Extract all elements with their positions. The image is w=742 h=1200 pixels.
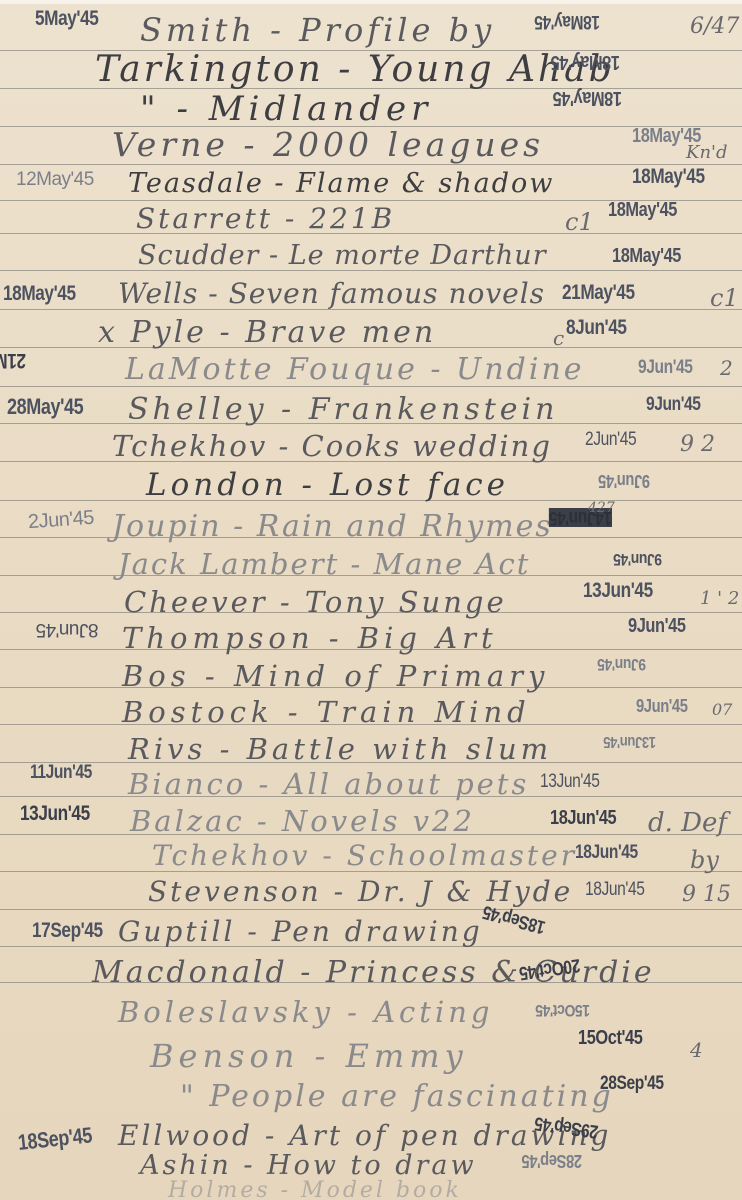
- log-entry: Balzac - Novels v22: [130, 807, 475, 836]
- date-stamp-right: 9Jun'45: [646, 395, 701, 414]
- date-stamp-right: 21May'45: [562, 282, 635, 303]
- log-entry: LaMotte Fouque - Undine: [125, 355, 585, 385]
- date-stamp-left-inverted: 8Jun'45: [36, 620, 98, 639]
- log-entry: Shelley - Frankenstein: [128, 395, 558, 425]
- log-entry: " - Midlander: [140, 92, 432, 126]
- log-entry: Scudder - Le morte Darthur: [138, 242, 547, 269]
- log-entry: Wells - Seven famous novels: [118, 280, 545, 308]
- margin-note: 9 15: [682, 882, 731, 907]
- date-stamp-right-inverted: 13Jun'45: [604, 733, 656, 749]
- date-stamp-right-inverted: 28Sep'45: [522, 1152, 582, 1170]
- log-entry: Boleslavsky - Acting: [118, 998, 493, 1027]
- log-entry: Verne - 2000 leagues: [112, 128, 544, 161]
- date-stamp-right: 13Jun'45: [583, 580, 653, 601]
- reading-log-card: 5May'45 12May'45 18May'45 21May'45 28May…: [0, 0, 742, 1200]
- date-stamp-right: 9Jun'45: [638, 358, 693, 377]
- log-entry: Bos - Mind of Primary: [122, 662, 549, 691]
- log-entry: Teasdale - Flame & shadow: [128, 170, 554, 197]
- date-stamp-right: 18Jun'45: [575, 843, 638, 862]
- log-entry: Thompson - Big Art: [122, 624, 498, 653]
- log-entry: Stevenson - Dr. J & Hyde: [148, 878, 573, 906]
- margin-note: 427: [588, 500, 615, 516]
- log-entry: Benson - Emmy: [150, 1040, 468, 1072]
- margin-note: 4: [690, 1038, 703, 1062]
- margin-note: 1 ' 2: [700, 588, 739, 609]
- date-stamp-right: 18May'45: [632, 166, 705, 187]
- margin-note: 2: [720, 356, 733, 380]
- margin-note: 07: [712, 700, 732, 719]
- margin-note: 6/47: [690, 14, 739, 39]
- log-entry: Tchekhov - Cooks wedding: [112, 432, 552, 461]
- log-entry: Joupin - Rain and Rhymes: [112, 512, 553, 542]
- date-stamp-left: 11Jun'45: [30, 763, 92, 782]
- log-entry: Guptill - Pen drawing: [118, 918, 483, 946]
- margin-note: c: [553, 326, 564, 350]
- date-stamp-right: 9Jun'45: [628, 616, 686, 636]
- date-stamp-left: 17Sep'45: [32, 920, 103, 941]
- log-entry: London - Lost face: [146, 470, 509, 501]
- margin-note: d. Def: [648, 808, 727, 838]
- margin-note: 9 2: [680, 432, 715, 457]
- date-stamp-right: 18May'45: [608, 200, 677, 220]
- date-stamp-right-inverted: 9Jun'45: [614, 551, 662, 568]
- ruled-line: [0, 164, 742, 165]
- log-entry: x Pyle - Brave men: [98, 318, 436, 348]
- log-entry: Tchekhov - Schoolmaster: [152, 842, 577, 870]
- date-stamp-right-inverted: 18May'45: [551, 52, 620, 72]
- date-stamp-right: 2Jun'45: [585, 430, 636, 449]
- log-entry: " People are fascinating: [180, 1082, 614, 1112]
- log-entry: Holmes - Model book: [168, 1180, 462, 1200]
- margin-note: c1: [710, 284, 739, 312]
- log-entry: Bianco - All about pets: [128, 770, 529, 799]
- date-stamp-right-inverted: 18May'45: [535, 12, 600, 31]
- date-stamp-left: 5May'45: [35, 8, 98, 29]
- log-entry: Cheever - Tony Sunge: [124, 588, 507, 617]
- log-entry: Rivs - Battle with slum: [128, 735, 552, 764]
- log-entry: Ashin - How to draw: [140, 1152, 477, 1179]
- date-stamp-right: 28Sep'45: [600, 1074, 664, 1093]
- margin-note: by: [690, 846, 719, 874]
- date-stamp-right-inverted: 15Oct'45: [536, 1002, 590, 1019]
- margin-note: Kn'd: [686, 142, 728, 163]
- date-stamp-right-inverted: 9Jun'45: [598, 656, 646, 673]
- date-stamp-left: 13Jun'45: [20, 803, 90, 824]
- date-stamp-right: 9Jun'45: [636, 697, 688, 715]
- date-stamp-right-inverted: 9Jun'45: [598, 472, 650, 490]
- date-stamp-right: 13Jun'45: [540, 772, 599, 791]
- date-stamp-right: 18Jun'45: [550, 808, 616, 828]
- date-stamp-left: 2Jun'45: [27, 508, 94, 533]
- log-entry: Bostock - Train Mind: [122, 698, 531, 727]
- log-entry: Smith - Profile by: [140, 14, 495, 46]
- date-stamp-right: 15Oct'45: [578, 1028, 642, 1048]
- date-stamp-right: 8Jun'45: [566, 317, 627, 338]
- card-top-edge: [0, 0, 742, 4]
- ruled-line: [0, 909, 742, 910]
- date-stamp-left-inverted: 21May'45: [0, 350, 26, 371]
- date-stamp-right: 18May'45: [612, 246, 681, 266]
- log-entry: Jack Lambert - Mane Act: [118, 550, 530, 579]
- log-entry: Starrett - 221B: [136, 205, 395, 233]
- date-stamp-right-inverted: 18May'45: [553, 88, 622, 108]
- margin-note: c1: [565, 208, 594, 236]
- date-stamp-left: 18May'45: [3, 283, 76, 304]
- date-stamp-right: 18Jun'45: [585, 880, 644, 899]
- log-entry: Tarkington - Young Ahab: [95, 52, 615, 88]
- date-stamp-left: 28May'45: [7, 396, 83, 418]
- date-stamp-left: 12May'45: [16, 170, 94, 189]
- date-stamp-left: 18Sep'45: [17, 1124, 93, 1154]
